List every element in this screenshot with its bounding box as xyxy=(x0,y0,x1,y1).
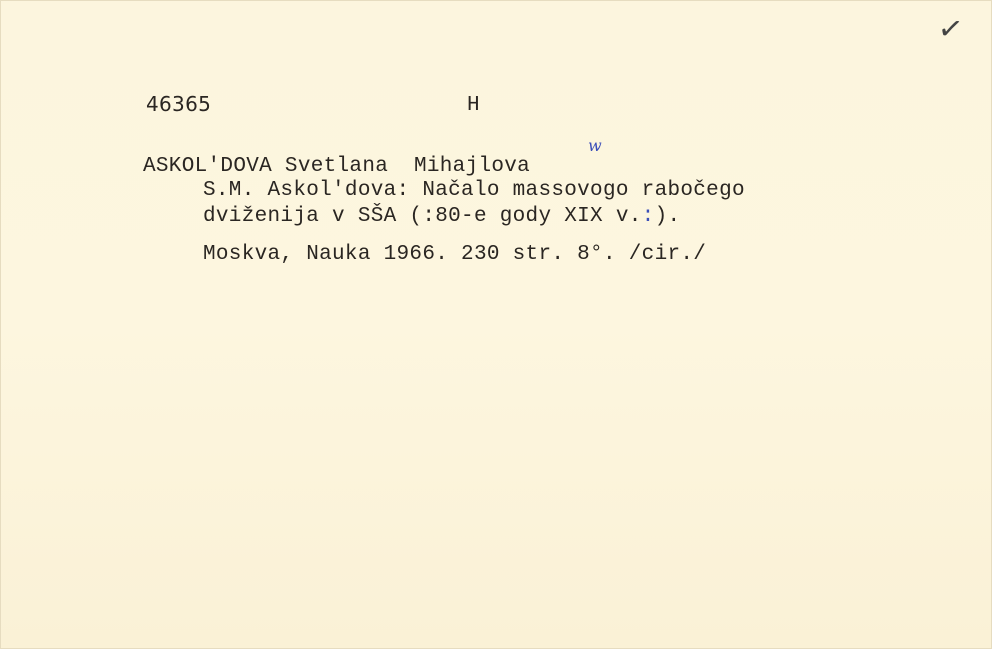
handwritten-mark: : xyxy=(642,205,655,228)
title-line: dviženija v SŠA (:80-e gody XIX v.:). xyxy=(203,205,680,228)
location-code: H xyxy=(467,94,480,117)
statement-of-responsibility: S.M. Askol'dova: Načalo massovogo raboče… xyxy=(203,179,745,202)
title-text: dviženija v SŠA (:80-e gody XIX v. xyxy=(203,205,642,228)
author-heading: ASKOL'DOVA Svetlana Mihajlova xyxy=(143,155,530,178)
title-end: ). xyxy=(655,205,681,228)
call-number: 46365 xyxy=(146,92,211,116)
check-mark-icon: ✓ xyxy=(936,10,966,48)
catalog-card: ✓ 46365 H w ASKOL'DOVA Svetlana Mihajlov… xyxy=(0,0,992,649)
handwritten-correction: w xyxy=(588,136,602,155)
imprint-line: Moskva, Nauka 1966. 230 str. 8°. /cir./ xyxy=(203,243,706,266)
